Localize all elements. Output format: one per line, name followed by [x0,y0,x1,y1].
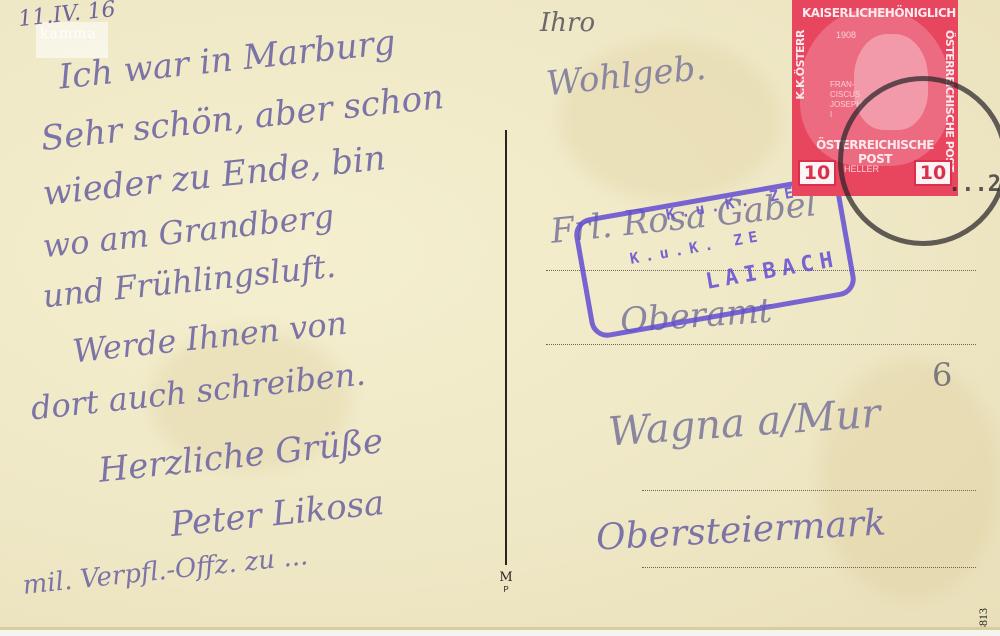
postcard-back: kamma 11.IV. 16 Ich war in Marburg Sehr … [0,0,1000,630]
address-number: 6 [932,356,952,394]
address-line-2 [546,344,976,345]
stamp-year: 1908 [836,30,856,40]
center-divider-line [505,130,507,565]
message-signature: Peter Likosa [168,483,386,545]
card-number: 8813 [976,568,991,592]
publisher-mark: M P [494,572,518,596]
stamp-value-left: 10 [798,160,836,186]
stamp-top-text: KAISERLICHEHÖNIGLICH [802,6,950,20]
address-prefix: Ihro [540,8,595,38]
address-line-4 [642,567,976,568]
address-line-3 [642,490,976,491]
message-signature-note: mil. Verpfl.-Offz. zu ... [21,541,309,601]
publisher-logo-icon: M [499,570,512,585]
stamp-left-text: K.K.ÖSTERR [794,30,807,100]
postmark-text: ...2 [948,172,1000,197]
publisher-letter: P [494,584,518,596]
